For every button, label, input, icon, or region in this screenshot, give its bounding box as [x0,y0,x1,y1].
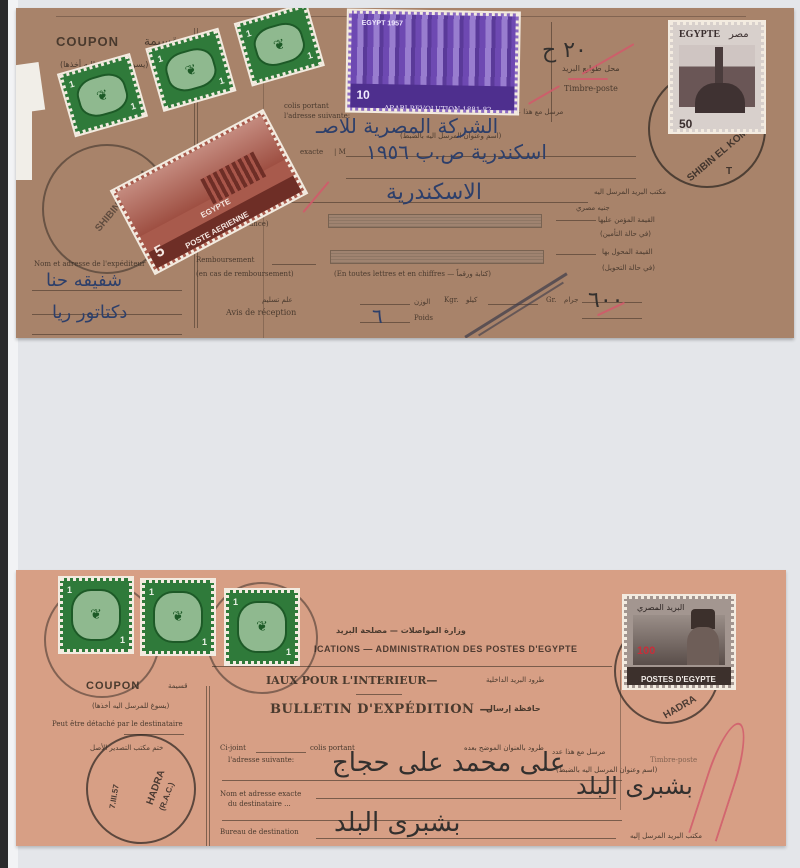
timbre-poste-label: Timbre-poste [564,84,618,93]
ministry-ar: وزارة المواصلات — مصلحة البريد [336,626,466,635]
admin-header: ICATIONS — ADMINISTRATION DES POSTES D'E… [314,644,578,654]
sent-with-ar: مرسل مع هذا عدد [510,108,563,116]
transfer-case-ar: (في حالة التحويل) [602,264,655,272]
handwritten-destination: الاسكندرية [386,180,482,205]
remboursement-label: Remboursement [196,256,254,264]
coupon-label-ar: قسيمة [168,682,188,690]
handwritten-top-corner: ٢٠ ح [542,38,587,63]
handwritten-recipient-name: على محمد على حجاج [332,748,565,778]
handwritten-weight-kg: ٦ [372,304,383,328]
handwritten-destination: بشبرى البلد [334,808,460,838]
red-pencil-mark [688,718,754,841]
stamp-mosque-50: EGYPTE مصر 50 [670,22,764,132]
field-nom-adresse: Nom et adresse exacte [220,790,301,798]
field-colis-portant: colis portant [284,102,329,110]
gr-ar: جرام [564,296,578,304]
detachable-note: Peut être détaché par le destinataire [52,720,183,728]
transfer-value-ar: القيمة المحول بها [602,248,653,256]
gr-label: Gr. [546,296,556,304]
field-exacte: exacte [300,148,323,156]
postmark-hadra: HADRA (R.A.C.) 7.III.57 [86,734,196,844]
remboursement-sub: (en cas de remboursement) [196,270,294,278]
coupon-label: COUPON [56,34,119,49]
stamp-farouk-100: البريد المصري 100 POSTES D'EGYPTE [624,596,734,688]
stamp-arabi-revolution: EGYPT 1957 10 ARABI REVOLUTION 1881-82 [347,11,519,114]
field-bureau-destination: Bureau de destination [220,828,299,836]
stamp-box-divider [551,22,552,122]
parcel-card-bottom: وزارة المواصلات — مصلحة البريد ICATIONS … [16,570,786,846]
torn-selvage [16,62,45,114]
kgr-label: Kgr. [444,296,459,304]
bureau-dest-ar: مكتب البريد المرسل اليه [594,188,666,196]
poids-ar: الوزن [414,298,430,306]
en-toutes-lettres: (En toutes lettres et en chiffres — كتاب… [334,270,491,278]
shaded-value-box-1 [328,214,542,228]
field-du-destinataire: du destinataire ... [228,800,291,808]
insurance-case-ar: (في حالة التأمين) [600,230,651,238]
parcel-card-top: COUPON قسيمة (يسوغ للمرسل اليه أخذها) co… [16,8,794,338]
declared-value-ar: القيمة المؤمن عليها [598,216,655,224]
shaded-value-box-2 [330,250,544,264]
coupon-divider [206,686,210,846]
kgr-ar: كيلو [466,296,477,304]
handwritten-recipient-address: اسكندرية ص.ب ١٩٥٦ [366,140,547,164]
timbre-poste-label: Timbre-poste [650,756,697,764]
jeneh-masri-ar: جنيه مصري [576,204,610,212]
bulletin-expedition-title: BULLETIN D'EXPÉDITION — [270,702,493,717]
handwritten-sender-line-2: دكتاتور ريا [52,302,127,323]
handwritten-recipient-town: بشبرى البلد [576,772,693,800]
avis-reception-ar: علم تسليم [262,296,293,304]
colis-postaux-ar: طرود البريد الداخلية [486,676,544,684]
field-ci-joint: Ci-joint [220,744,246,752]
album-edge [0,0,8,868]
coupon-subtitle-ar: (يسوغ للمرسل اليه أخذها) [92,702,169,710]
poids-label: Poids [414,314,433,322]
avis-reception-label: Avis de réception [226,308,296,317]
bulletin-expedition-ar: حافظة إرسال [486,704,541,713]
field-adresse-suivante: l'adresse suivante: [228,756,294,764]
handwritten-recipient-name: الشركة المصرية للاصـ [316,114,498,138]
